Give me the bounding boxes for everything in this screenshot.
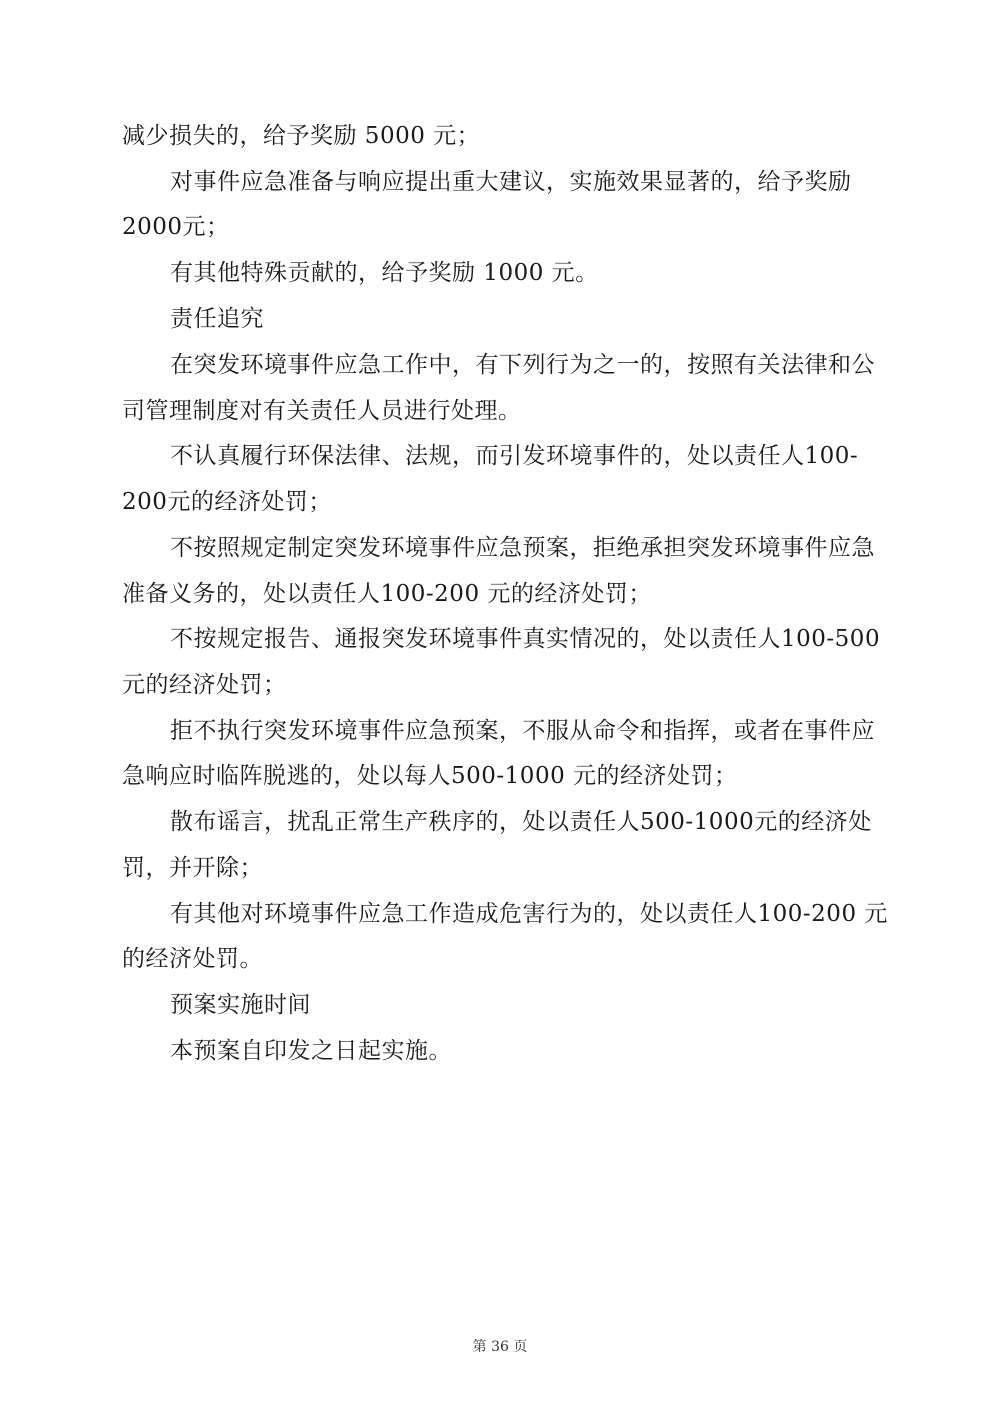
text-line: 急响应时临阵脱逃的，处以每人500-1000 元的经济处罚； xyxy=(122,761,738,791)
text-line: 有其他对环境事件应急工作造成危害行为的，处以责任人100-200 元 xyxy=(170,899,888,929)
text-line: 元的经济处罚； xyxy=(122,670,287,700)
document-page: 减少损失的，给予奖励 5000 元； 对事件应急准备与响应提出重大建议，实施效果… xyxy=(0,0,1000,1415)
text-line: 拒不执行突发环境事件应急预案，不服从命令和指挥，或者在事件应 xyxy=(170,716,875,746)
text-line: 不按照规定制定突发环境事件应急预案，拒绝承担突发环境事件应急 xyxy=(170,533,875,563)
text-line: 本预案自印发之日起实施。 xyxy=(170,1036,452,1066)
text-line: 2000元； xyxy=(122,212,230,242)
text-line: 在突发环境事件应急工作中，有下列行为之一的，按照有关法律和公 xyxy=(170,350,875,380)
text-line: 减少损失的，给予奖励 5000 元； xyxy=(122,121,480,151)
text-line: 200元的经济处罚； xyxy=(122,487,332,517)
text-line: 罚，并开除； xyxy=(122,853,263,883)
text-line: 有其他特殊贡献的，给予奖励 1000 元。 xyxy=(170,258,599,288)
text-line: 的经济处罚。 xyxy=(122,944,263,974)
text-line: 司管理制度对有关责任人员进行处理。 xyxy=(122,396,522,426)
text-line: 准备义务的，处以责任人100-200 元的经济处罚； xyxy=(122,579,652,609)
text-line: 对事件应急准备与响应提出重大建议，实施效果显著的，给予奖励 xyxy=(170,167,852,197)
text-line: 不认真履行环保法律、法规，而引发环境事件的，处以责任人100- xyxy=(170,441,858,471)
page-number: 第 36 页 xyxy=(0,1336,1000,1356)
text-line: 散布谣言，扰乱正常生产秩序的，处以责任人500-1000元的经济处 xyxy=(170,807,872,837)
text-line: 不按规定报告、通报突发环境事件真实情况的，处以责任人100-500 xyxy=(170,624,880,654)
section-heading-responsibility: 责任追究 xyxy=(170,304,264,334)
section-heading-implementation: 预案实施时间 xyxy=(170,990,311,1020)
